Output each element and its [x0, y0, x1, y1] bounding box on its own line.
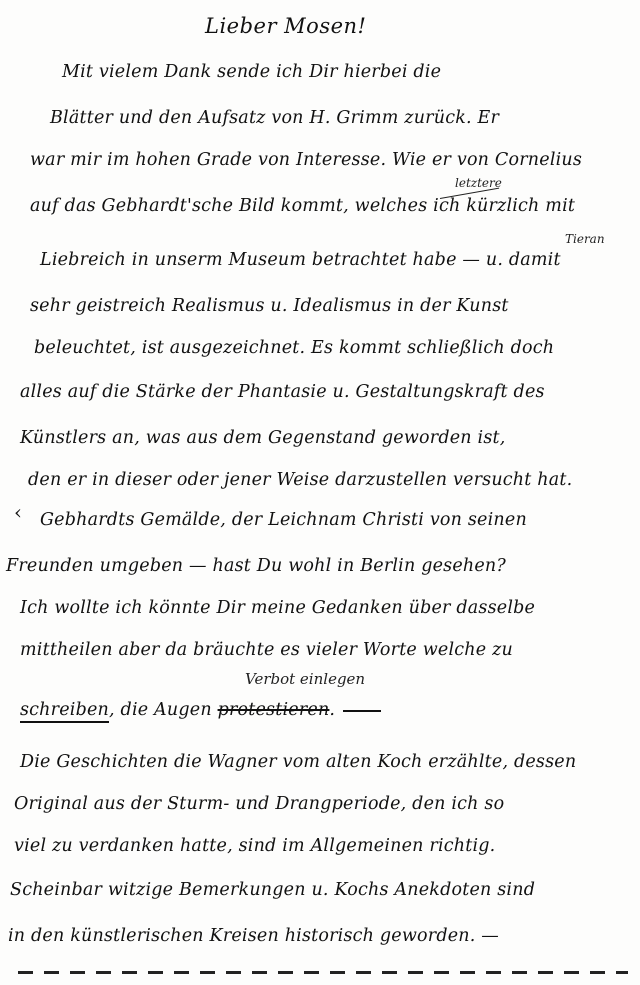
letter-line-3: war mir im hohen Grade von Interesse. Wi… [30, 150, 582, 170]
letter-line-10: den er in dieser oder jener Weise darzus… [28, 470, 572, 490]
letter-line-12: Freunden umgeben — hast Du wohl in Berli… [6, 556, 506, 576]
letter-line-16: Die Geschichten die Wagner vom alten Koc… [20, 752, 576, 772]
letter-line-7: beleuchtet, ist ausgezeichnet. Es kommt … [34, 338, 554, 358]
struck-word: protestieren [218, 700, 330, 720]
end-dash [343, 710, 381, 712]
letter-line-19: Scheinbar witzige Bemerkungen u. Kochs A… [10, 880, 535, 900]
insertion-tieran: Tieran [565, 232, 605, 246]
underlined-word: schreiben [20, 700, 109, 723]
letter-line-15: schreiben, die Augen protestieren. [20, 700, 381, 720]
insertion-verbot-einlegen: Verbot einlegen [245, 670, 365, 688]
insertion-arrow-icon: ‹ [14, 500, 22, 524]
line-15-mid: , die Augen [109, 700, 218, 720]
letter-line-8: alles auf die Stärke der Phantasie u. Ge… [20, 382, 545, 402]
letter-line-4: auf das Gebhardt'sche Bild kommt, welche… [30, 196, 575, 216]
letter-line-1: Mit vielem Dank sende ich Dir hierbei di… [62, 62, 441, 82]
letter-line-20: in den künstlerischen Kreisen historisch… [8, 926, 499, 946]
letter-page: Lieber Mosen! Mit vielem Dank sende ich … [0, 0, 640, 985]
dashed-footer-rule [18, 971, 628, 974]
letter-line-2: Blätter und den Aufsatz von H. Grimm zur… [50, 108, 499, 128]
letter-line-18: viel zu verdanken hatte, sind im Allgeme… [14, 836, 495, 856]
line-15-end: . [329, 700, 335, 720]
letter-line-11: Gebhardts Gemälde, der Leichnam Christi … [40, 510, 527, 530]
letter-line-14: mittheilen aber da bräuchte es vieler Wo… [20, 640, 513, 660]
letter-line-17: Original aus der Sturm- und Drangperiode… [14, 794, 504, 814]
letter-line-5: Liebreich in unserm Museum betrachtet ha… [40, 250, 561, 270]
letter-line-9: Künstlers an, was aus dem Gegenstand gew… [20, 428, 506, 448]
letter-line-13: Ich wollte ich könnte Dir meine Gedanken… [20, 598, 535, 618]
salutation: Lieber Mosen! [205, 14, 367, 38]
letter-line-6: sehr geistreich Realismus u. Idealismus … [30, 296, 509, 316]
